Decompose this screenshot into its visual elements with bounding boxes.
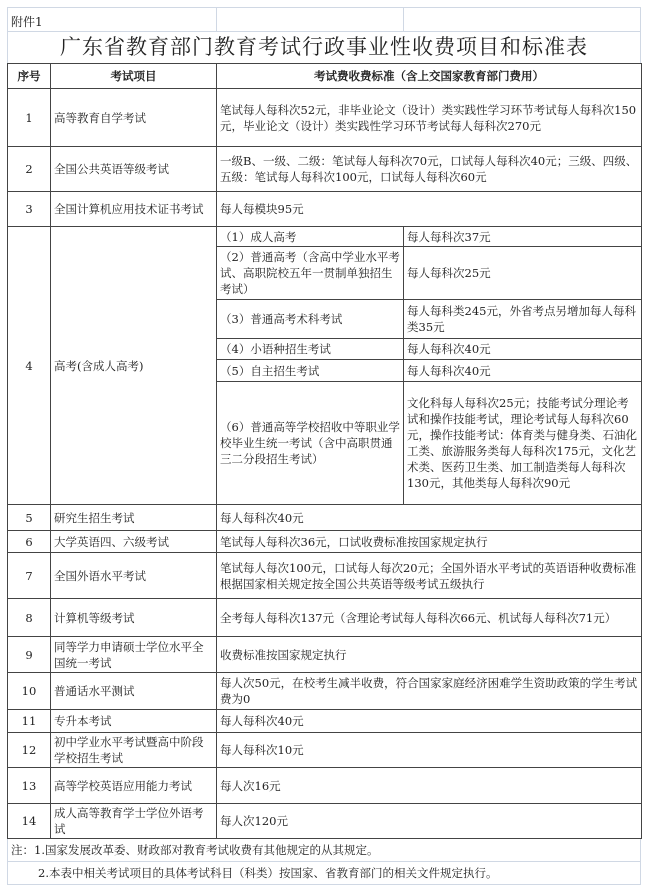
table-row: 2 全国公共英语等级考试 一级B、一级、二级：笔试每人每科次70元，口试每人每科…: [8, 147, 642, 192]
table-row: 14 成人高等教育学士学位外语考试 每人次120元: [8, 804, 642, 839]
table-row: 7 全国外语水平考试 笔试每人每次100元，口试每人每次20元；全国外语水平考试…: [8, 553, 642, 599]
sub-item-name: （2）普通高考（含高中学业水平考试、高职院校五年一贯制单独招生考试）: [217, 247, 404, 300]
table-row: 9 同等学力申请硕士学位水平全国统一考试 收费标准按国家规定执行: [8, 637, 642, 673]
row-standard: 每人每模块95元: [217, 192, 642, 227]
row-standard: 全考每人每科次137元（含理论考试每人每科次66元、机试每人每科次71元）: [217, 599, 642, 637]
sub-item-fee: 每人每科类245元，外省考点另增加每人每科类35元: [404, 300, 642, 339]
row-item: 高等教育自学考试: [51, 89, 217, 147]
table-row: 6 大学英语四、六级考试 笔试每人每科次36元，口试收费标准按国家规定执行: [8, 531, 642, 553]
row-item: 全国公共英语等级考试: [51, 147, 217, 192]
table-row: 10 普通话水平测试 每人次50元，在校考生减半收费，符合国家家庭经济困难学生资…: [8, 673, 642, 710]
notes: 注：1.国家发展改革委、财政部对教育考试收费有其他规定的从其规定。 2.本表中相…: [7, 839, 641, 885]
row-item: 全国计算机应用技术证书考试: [51, 192, 217, 227]
sub-item-fee: 文化科每人每科次25元；技能考试分理论考试和操作技能考试，理论考试每人每科次60…: [404, 382, 642, 505]
row-no: 14: [8, 804, 51, 839]
row-standard: 每人每科次40元: [217, 505, 642, 531]
row-no: 10: [8, 673, 51, 710]
row-no: 13: [8, 768, 51, 804]
row-standard: 每人次50元，在校考生减半收费，符合国家家庭经济困难学生资助政策的学生考试费为0: [217, 673, 642, 710]
row-no: 4: [8, 227, 51, 505]
row-item: 普通话水平测试: [51, 673, 217, 710]
row-item: 全国外语水平考试: [51, 553, 217, 599]
table-row: 3 全国计算机应用技术证书考试 每人每模块95元: [8, 192, 642, 227]
sub-item-fee: 每人每科次40元: [404, 360, 642, 382]
attachment-label: 附件1: [11, 13, 43, 30]
sub-item-name: （4）小语种招生考试: [217, 339, 404, 360]
row-no: 6: [8, 531, 51, 553]
page-title: 广东省教育部门教育考试行政事业性收费项目和标准表: [7, 32, 641, 63]
row-standard: 每人每科次40元: [217, 710, 642, 733]
row-no: 9: [8, 637, 51, 673]
header-standard: 考试费收费标准（含上交国家教育部门费用）: [217, 64, 642, 89]
fee-table-sheet: 附件1 广东省教育部门教育考试行政事业性收费项目和标准表 序号 考试项目 考试费…: [7, 7, 641, 885]
row-standard: 笔试每人每科次52元，非毕业论文（设计）类实践性学习环节考试每人每科次150元，…: [217, 89, 642, 147]
table-row: 1 高等教育自学考试 笔试每人每科次52元，非毕业论文（设计）类实践性学习环节考…: [8, 89, 642, 147]
row-standard: 每人次16元: [217, 768, 642, 804]
row-item: 大学英语四、六级考试: [51, 531, 217, 553]
row-no: 7: [8, 553, 51, 599]
note-1: 注：1.国家发展改革委、财政部对教育考试收费有其他规定的从其规定。: [8, 839, 640, 861]
header-item: 考试项目: [51, 64, 217, 89]
sub-item-fee: 每人每科次40元: [404, 339, 642, 360]
row-item: 高等学校英语应用能力考试: [51, 768, 217, 804]
table-row: 11 专升本考试 每人每科次40元: [8, 710, 642, 733]
header-no: 序号: [8, 64, 51, 89]
row-item: 计算机等级考试: [51, 599, 217, 637]
row-item: 专升本考试: [51, 710, 217, 733]
sub-item-name: （1）成人高考: [217, 227, 404, 247]
sub-item-fee: 每人每科次25元: [404, 247, 642, 300]
row-no: 2: [8, 147, 51, 192]
sub-item-name: （5）自主招生考试: [217, 360, 404, 382]
row-no: 8: [8, 599, 51, 637]
sub-item-name: （3）普通高考术科考试: [217, 300, 404, 339]
row-item: 研究生招生考试: [51, 505, 217, 531]
cell-divider: [8, 8, 404, 31]
row-item: 高考(含成人高考): [51, 227, 217, 505]
row-item: 同等学力申请硕士学位水平全国统一考试: [51, 637, 217, 673]
row-item: 初中学业水平考试暨高中阶段学校招生考试: [51, 733, 217, 768]
sub-item-fee: 每人每科次37元: [404, 227, 642, 247]
table-row: 13 高等学校英语应用能力考试 每人次16元: [8, 768, 642, 804]
row-item: 成人高等教育学士学位外语考试: [51, 804, 217, 839]
row-no: 1: [8, 89, 51, 147]
table-row: 4 高考(含成人高考) （1）成人高考 每人每科次37元: [8, 227, 642, 247]
attachment-row: 附件1: [7, 7, 641, 32]
fee-table: 序号 考试项目 考试费收费标准（含上交国家教育部门费用） 1 高等教育自学考试 …: [7, 63, 642, 839]
row-standard: 每人次120元: [217, 804, 642, 839]
row-no: 12: [8, 733, 51, 768]
row-standard: 笔试每人每科次36元，口试收费标准按国家规定执行: [217, 531, 642, 553]
row-standard: 每人每科次10元: [217, 733, 642, 768]
row-standard: 收费标准按国家规定执行: [217, 637, 642, 673]
header-row: 序号 考试项目 考试费收费标准（含上交国家教育部门费用）: [8, 64, 642, 89]
table-row: 12 初中学业水平考试暨高中阶段学校招生考试 每人每科次10元: [8, 733, 642, 768]
row-no: 3: [8, 192, 51, 227]
table-row: 5 研究生招生考试 每人每科次40元: [8, 505, 642, 531]
sub-item-name: （6）普通高等学校招收中等职业学校毕业生统一考试（含中高职贯通三二分段招生考试）: [217, 382, 404, 505]
row-standard: 一级B、一级、二级：笔试每人每科次70元，口试每人每科次40元；三级、四级、五级…: [217, 147, 642, 192]
table-row: 8 计算机等级考试 全考每人每科次137元（含理论考试每人每科次66元、机试每人…: [8, 599, 642, 637]
row-no: 11: [8, 710, 51, 733]
note-2: 2.本表中相关考试项目的具体考试科目（科类）按国家、省教育部门的相关文件规定执行…: [8, 861, 640, 884]
row-standard: 笔试每人每次100元，口试每人每次20元；全国外语水平考试的英语语种收费标准根据…: [217, 553, 642, 599]
row-no: 5: [8, 505, 51, 531]
